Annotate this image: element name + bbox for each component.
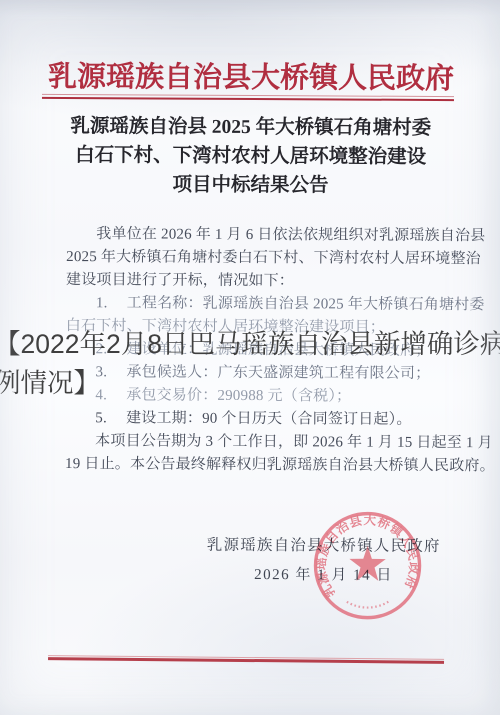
overlay-caption-line-1: 【2022年2月8日巴马瑶族自治县新增确诊病 bbox=[0, 325, 500, 364]
overlay-caption-line-2: 例情况】 bbox=[0, 364, 500, 403]
announcement-title-line-1: 乳源瑶族自治县 2025 年大桥镇石角塘村委 bbox=[1, 112, 500, 144]
seal-bottom-code-marks bbox=[346, 602, 388, 608]
body-line: 5. 建设工期：90 个日历天（合同签订日起）。 bbox=[65, 407, 457, 432]
letterhead-divider bbox=[42, 94, 454, 101]
document-photo: 乳源瑶族自治县大桥镇人民政府 乳源瑶族自治县 2025 年大桥镇石角塘村委 白石… bbox=[0, 0, 500, 715]
letterhead-divider-thick-line bbox=[42, 96, 454, 101]
footer-divider bbox=[48, 655, 444, 663]
body-line: 19 日止。本公告最终解释权归乳源瑶族自治县大桥镇人民政府。 bbox=[65, 453, 457, 478]
overlay-caption: 【2022年2月8日巴马瑶族自治县新增确诊病 例情况】 bbox=[0, 325, 500, 403]
body-line: 建设项目进行了开标，情况如下： bbox=[66, 269, 458, 294]
seal-star-icon bbox=[349, 546, 386, 581]
body-line: 2025 年大桥镇石角塘村委白石下村、下湾村农村人居环境整治 bbox=[66, 246, 458, 271]
body-line: 我单位在 2026 年 1 月 6 日依法依规组织对乳源瑶族自治县 bbox=[66, 223, 458, 248]
letterhead-agency-title: 乳源瑶族自治县大桥镇人民政府 bbox=[1, 54, 500, 98]
body-line: 1. 工程名称：乳源瑶族自治县 2025 年大桥镇石角塘村委 bbox=[66, 292, 458, 317]
body-line: 本项目公告期为 3 个工作日，即 2026 年 1 月 15 日起至 1 月 bbox=[65, 430, 457, 455]
announcement-title: 乳源瑶族自治县 2025 年大桥镇石角塘村委 白石下村、下湾村农村人居环境整治建… bbox=[0, 112, 500, 202]
announcement-title-line-3: 项目中标结果公告 bbox=[0, 170, 500, 202]
official-seal: 乳源瑶族自治县大桥镇人民政府 bbox=[297, 495, 438, 636]
announcement-title-line-2: 白石下村、下湾村农村人居环境整治建设 bbox=[1, 141, 500, 173]
